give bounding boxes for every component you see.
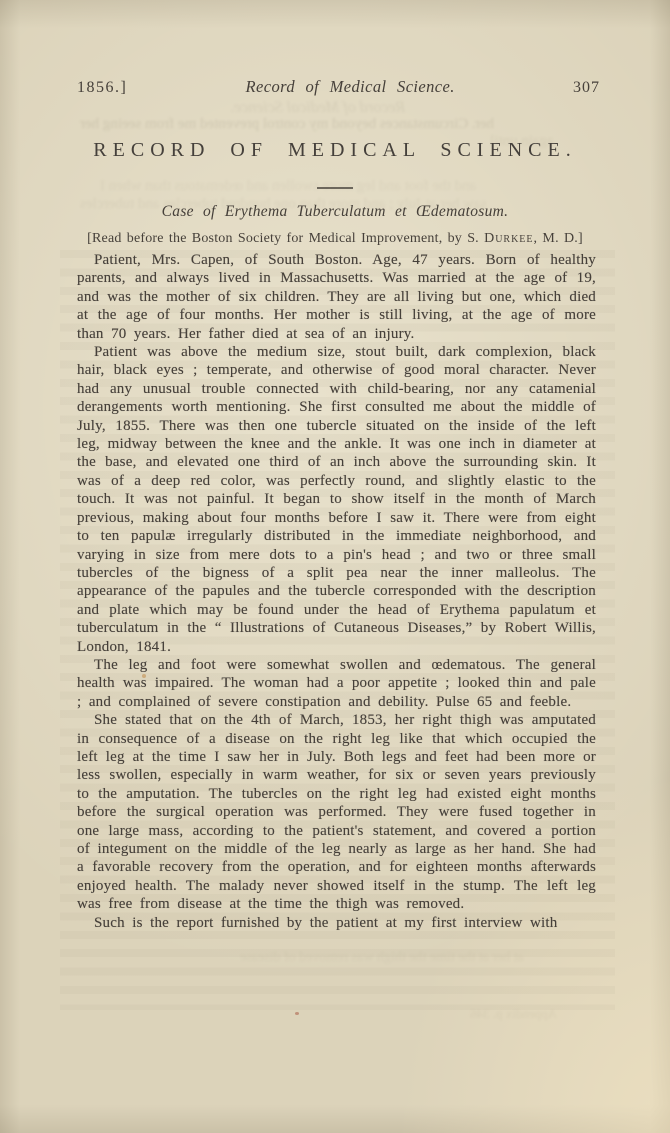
ink-speck [295,1012,299,1015]
scanned-journal-page: Record of Medical Science.her. Circumsta… [0,0,670,1133]
ink-speck [142,674,146,678]
horizontal-rule [317,187,353,189]
paragraph: Such is the report furnished by the pati… [77,914,596,932]
bleedthrough-text: at her at the time the thigh was removed… [240,950,524,966]
article-body: Patient, Mrs. Capen, of South Boston. Ag… [77,251,596,932]
bleedthrough-text: and the foot and leg more swollen and œd… [100,178,476,195]
byline-prefix: [Read before the Boston Society for Medi… [87,231,484,246]
byline: [Read before the Boston Society for Medi… [0,231,670,247]
paragraph: The leg and foot were somewhat swollen a… [77,656,596,711]
header-year-mark: 1856.] [77,79,127,97]
paragraph: Patient was above the medium size, stout… [77,343,596,656]
paragraph: She stated that on the 4th of March, 185… [77,711,596,913]
case-title: Case of Erythema Tuberculatum et Œdemato… [0,203,670,221]
byline-suffix: , M. D.] [534,231,583,246]
running-head: 1856.] Record of Medical Science. 307 [77,77,600,97]
paragraph: Patient, Mrs. Capen, of South Boston. Ag… [77,251,596,343]
section-title: RECORD OF MEDICAL SCIENCE. [0,139,670,162]
bleedthrough-text: her. Circumstances beyond my control pre… [80,116,494,133]
bleedthrough-text: Appendix p. 346 [470,1006,557,1022]
header-running-title: Record of Medical Science. [246,77,455,97]
byline-author: Durkee [484,231,533,246]
bleedthrough-text: Record of Medical Science. [230,99,405,117]
header-page-number: 307 [573,79,600,97]
